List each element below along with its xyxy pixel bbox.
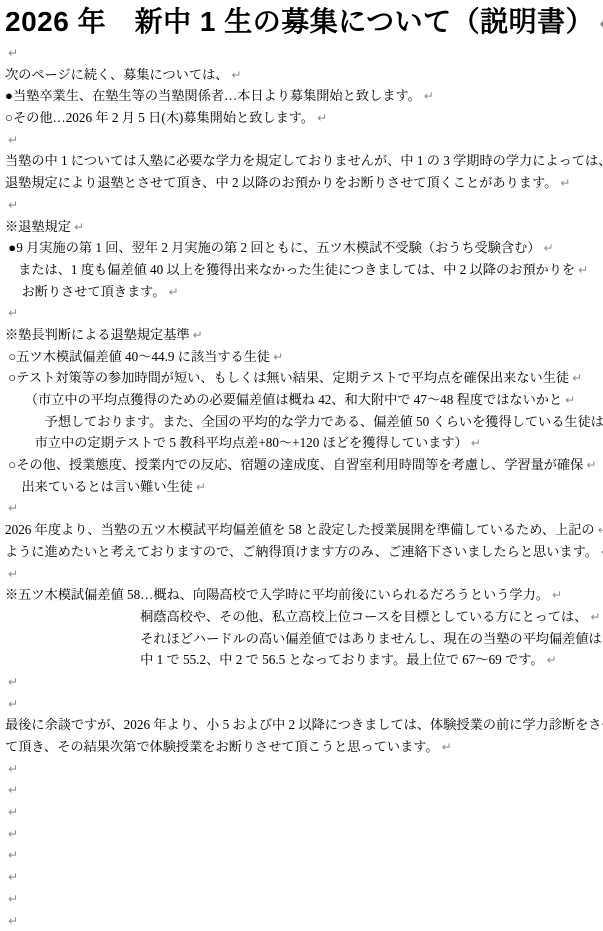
text-line: ↵ [5, 42, 603, 64]
line-text: ○テスト対策等の参加時間が短い、もしくは無い結果、定期テストで平均点を確保出来な… [5, 370, 569, 385]
paragraph-mark-icon: ↵ [273, 350, 283, 364]
text-line: ↵ [5, 866, 603, 888]
document-page: 2026 年 新中 1 生の募集について（説明書）↵ ↵次のページに続く、募集に… [0, 0, 603, 931]
line-text: ※塾長判断による退塾規定基準 [5, 327, 190, 342]
text-line: ○その他、授業態度、授業内での反応、宿題の達成度、自習室利用時間等を考慮し、学習… [5, 454, 603, 476]
paragraph-mark-icon: ↵ [547, 653, 557, 667]
paragraph-mark-icon: ↵ [8, 697, 18, 711]
text-line: 中 1 で 55.2、中 2 で 56.5 となっております。最上位で 67～6… [5, 649, 603, 671]
paragraph-mark-icon: ↵ [8, 914, 18, 928]
line-text: 出来ているとは言い難い生徒 [5, 479, 193, 494]
text-line: ↵ [5, 497, 603, 519]
paragraph-mark-icon: ↵ [552, 588, 562, 602]
text-line: ↵ [5, 823, 603, 845]
text-line: ↵ [5, 563, 603, 585]
line-text: 市立中の定期テストで 5 教科平均点差+80～+120 ほどを獲得しています） [5, 435, 468, 450]
line-text: それほどハードルの高い偏差値ではありませんし、現在の当塾の平均偏差値は、 [5, 631, 603, 646]
line-text: ●当塾卒業生、在塾生等の当塾関係者…本日より募集開始と致します。 [5, 88, 421, 103]
text-line: ○五ツ木模試偏差値 40～44.9 に該当する生徒↵ [5, 346, 603, 368]
paragraph-mark-icon: ↵ [8, 675, 18, 689]
text-line: 最後に余談ですが、2026 年より、小 5 および中 2 以降につきましては、体… [5, 714, 603, 736]
paragraph-mark-icon: ↵ [599, 12, 603, 37]
line-text: て頂き、その結果次第で体験授業をお断りさせて頂こうと思っています。 [5, 739, 439, 754]
text-line: て頂き、その結果次第で体験授業をお断りさせて頂こうと思っています。↵ [5, 736, 603, 758]
line-text: （市立中の平均点獲得のための必要偏差値は概ね 42、和大附中で 47～48 程度… [5, 392, 562, 407]
text-line: 次のページに続く、募集については、↵ [5, 64, 603, 86]
paragraph-mark-icon: ↵ [193, 328, 203, 342]
line-text: 次のページに続く、募集については、 [5, 67, 228, 82]
paragraph-mark-icon: ↵ [8, 892, 18, 906]
paragraph-mark-icon: ↵ [598, 523, 603, 537]
paragraph-mark-icon: ↵ [231, 68, 241, 82]
line-text: ○その他、授業態度、授業内での反応、宿題の達成度、自習室利用時間等を考慮し、学習… [5, 457, 583, 472]
text-line: または、1 度も偏差値 40 以上を獲得出来なかった生徒につきましては、中 2 … [5, 259, 603, 281]
paragraph-mark-icon: ↵ [8, 501, 18, 515]
text-line: ↵ [5, 844, 603, 866]
text-line: ↵ [5, 129, 603, 151]
paragraph-mark-icon: ↵ [74, 220, 84, 234]
line-text: ●9 月実施の第 1 回、翌年 2 月実施の第 2 回ともに、五ツ木模試不受験（… [5, 240, 540, 255]
text-line: それほどハードルの高い偏差値ではありませんし、現在の当塾の平均偏差値は、↵ [5, 628, 603, 650]
line-text: または、1 度も偏差値 40 以上を獲得出来なかった生徒につきましては、中 2 … [5, 262, 575, 277]
paragraph-mark-icon: ↵ [578, 263, 588, 277]
text-line: ↵ [5, 779, 603, 801]
text-line: ↵ [5, 801, 603, 823]
paragraph-mark-icon: ↵ [8, 306, 18, 320]
text-line: 出来ているとは言い難い生徒↵ [5, 476, 603, 498]
line-text: 最後に余談ですが、2026 年より、小 5 および中 2 以降につきましては、体… [5, 717, 603, 732]
paragraph-mark-icon: ↵ [8, 198, 18, 212]
line-text: ○その他…2026 年 2 月 5 日(木)募集開始と致します。 [5, 110, 314, 125]
line-text: ※五ツ木模試偏差値 58…概ね、向陽高校で入学時に平均前後にいられるだろうという… [5, 587, 549, 602]
text-line: 桐蔭高校や、その他、私立高校上位コースを目標としている方にとっては、↵ [5, 606, 603, 628]
paragraph-mark-icon: ↵ [8, 133, 18, 147]
paragraph-mark-icon: ↵ [8, 827, 18, 841]
paragraph-mark-icon: ↵ [565, 393, 575, 407]
paragraph-mark-icon: ↵ [8, 805, 18, 819]
text-line: ように進めたいと考えておりますので、ご納得頂けます方のみ、ご連絡下さいましたらと… [5, 541, 603, 563]
line-text: お断りさせて頂きます。 [5, 284, 166, 299]
line-text: ○五ツ木模試偏差値 40～44.9 に該当する生徒 [5, 349, 270, 364]
paragraph-mark-icon: ↵ [169, 285, 179, 299]
paragraph-mark-icon: ↵ [8, 46, 18, 60]
paragraph-mark-icon: ↵ [424, 89, 434, 103]
text-line: 2026 年度より、当塾の五ツ木模試平均偏差値を 58 と設定した授業展開を準備… [5, 519, 603, 541]
line-text: 退塾規定により退塾とさせて頂き、中 2 以降のお預かりをお断りさせて頂くことがあ… [5, 175, 557, 190]
text-line: 市立中の定期テストで 5 教科平均点差+80～+120 ほどを獲得しています）↵ [5, 432, 603, 454]
text-line: 退塾規定により退塾とさせて頂き、中 2 以降のお預かりをお断りさせて頂くことがあ… [5, 172, 603, 194]
text-line: ○テスト対策等の参加時間が短い、もしくは無い結果、定期テストで平均点を確保出来な… [5, 367, 603, 389]
line-text: 桐蔭高校や、その他、私立高校上位コースを目標としている方にとっては、 [5, 609, 587, 624]
line-text: 2026 年度より、当塾の五ツ木模試平均偏差値を 58 と設定した授業展開を準備… [5, 522, 595, 537]
text-line: （市立中の平均点獲得のための必要偏差値は概ね 42、和大附中で 47～48 程度… [5, 389, 603, 411]
text-line: ●当塾卒業生、在塾生等の当塾関係者…本日より募集開始と致します。↵ [5, 85, 603, 107]
text-line: ※塾長判断による退塾規定基準↵ [5, 324, 603, 346]
line-text: ように進めたいと考えておりますので、ご納得頂けます方のみ、ご連絡下さいましたらと… [5, 544, 598, 559]
paragraph-mark-icon: ↵ [8, 567, 18, 581]
paragraph-mark-icon: ↵ [442, 740, 452, 754]
paragraph-mark-icon: ↵ [8, 870, 18, 884]
paragraph-mark-icon: ↵ [8, 848, 18, 862]
paragraph-mark-icon: ↵ [590, 610, 600, 624]
text-line: ↵ [5, 758, 603, 780]
text-line: ※五ツ木模試偏差値 58…概ね、向陽高校で入学時に平均前後にいられるだろうという… [5, 584, 603, 606]
text-line: ※退塾規定↵ [5, 216, 603, 238]
text-line: ↵ [5, 302, 603, 324]
text-line: ↵ [5, 910, 603, 931]
paragraph-mark-icon: ↵ [8, 783, 18, 797]
text-line: ↵ [5, 693, 603, 715]
paragraph-mark-icon: ↵ [8, 762, 18, 776]
paragraph-mark-icon: ↵ [471, 436, 481, 450]
document-title: 2026 年 新中 1 生の募集について（説明書）↵ [5, 2, 603, 42]
text-line: ↵ [5, 194, 603, 216]
document-body: ↵次のページに続く、募集については、↵●当塾卒業生、在塾生等の当塾関係者…本日よ… [5, 42, 603, 931]
text-line: ↵ [5, 888, 603, 910]
line-text: ※退塾規定 [5, 219, 71, 234]
line-text: 予想しております。また、全国の平均的な学力である、偏差値 50 くらいを獲得して… [5, 414, 603, 429]
text-line: 当塾の中 1 については入塾に必要な学力を規定しておりませんが、中 1 の 3 … [5, 150, 603, 172]
document-title-text: 2026 年 新中 1 生の募集について（説明書） [5, 6, 594, 37]
text-line: ○その他…2026 年 2 月 5 日(木)募集開始と致します。↵ [5, 107, 603, 129]
paragraph-mark-icon: ↵ [196, 480, 206, 494]
paragraph-mark-icon: ↵ [572, 371, 582, 385]
line-text: 中 1 で 55.2、中 2 で 56.5 となっております。最上位で 67～6… [5, 652, 544, 667]
paragraph-mark-icon: ↵ [317, 111, 327, 125]
paragraph-mark-icon: ↵ [543, 241, 553, 255]
paragraph-mark-icon: ↵ [586, 458, 596, 472]
line-text: 当塾の中 1 については入塾に必要な学力を規定しておりませんが、中 1 の 3 … [5, 153, 603, 168]
text-line: ↵ [5, 671, 603, 693]
text-line: お断りさせて頂きます。↵ [5, 281, 603, 303]
text-line: 予想しております。また、全国の平均的な学力である、偏差値 50 くらいを獲得して… [5, 411, 603, 433]
text-line: ●9 月実施の第 1 回、翌年 2 月実施の第 2 回ともに、五ツ木模試不受験（… [5, 237, 603, 259]
paragraph-mark-icon: ↵ [560, 176, 570, 190]
